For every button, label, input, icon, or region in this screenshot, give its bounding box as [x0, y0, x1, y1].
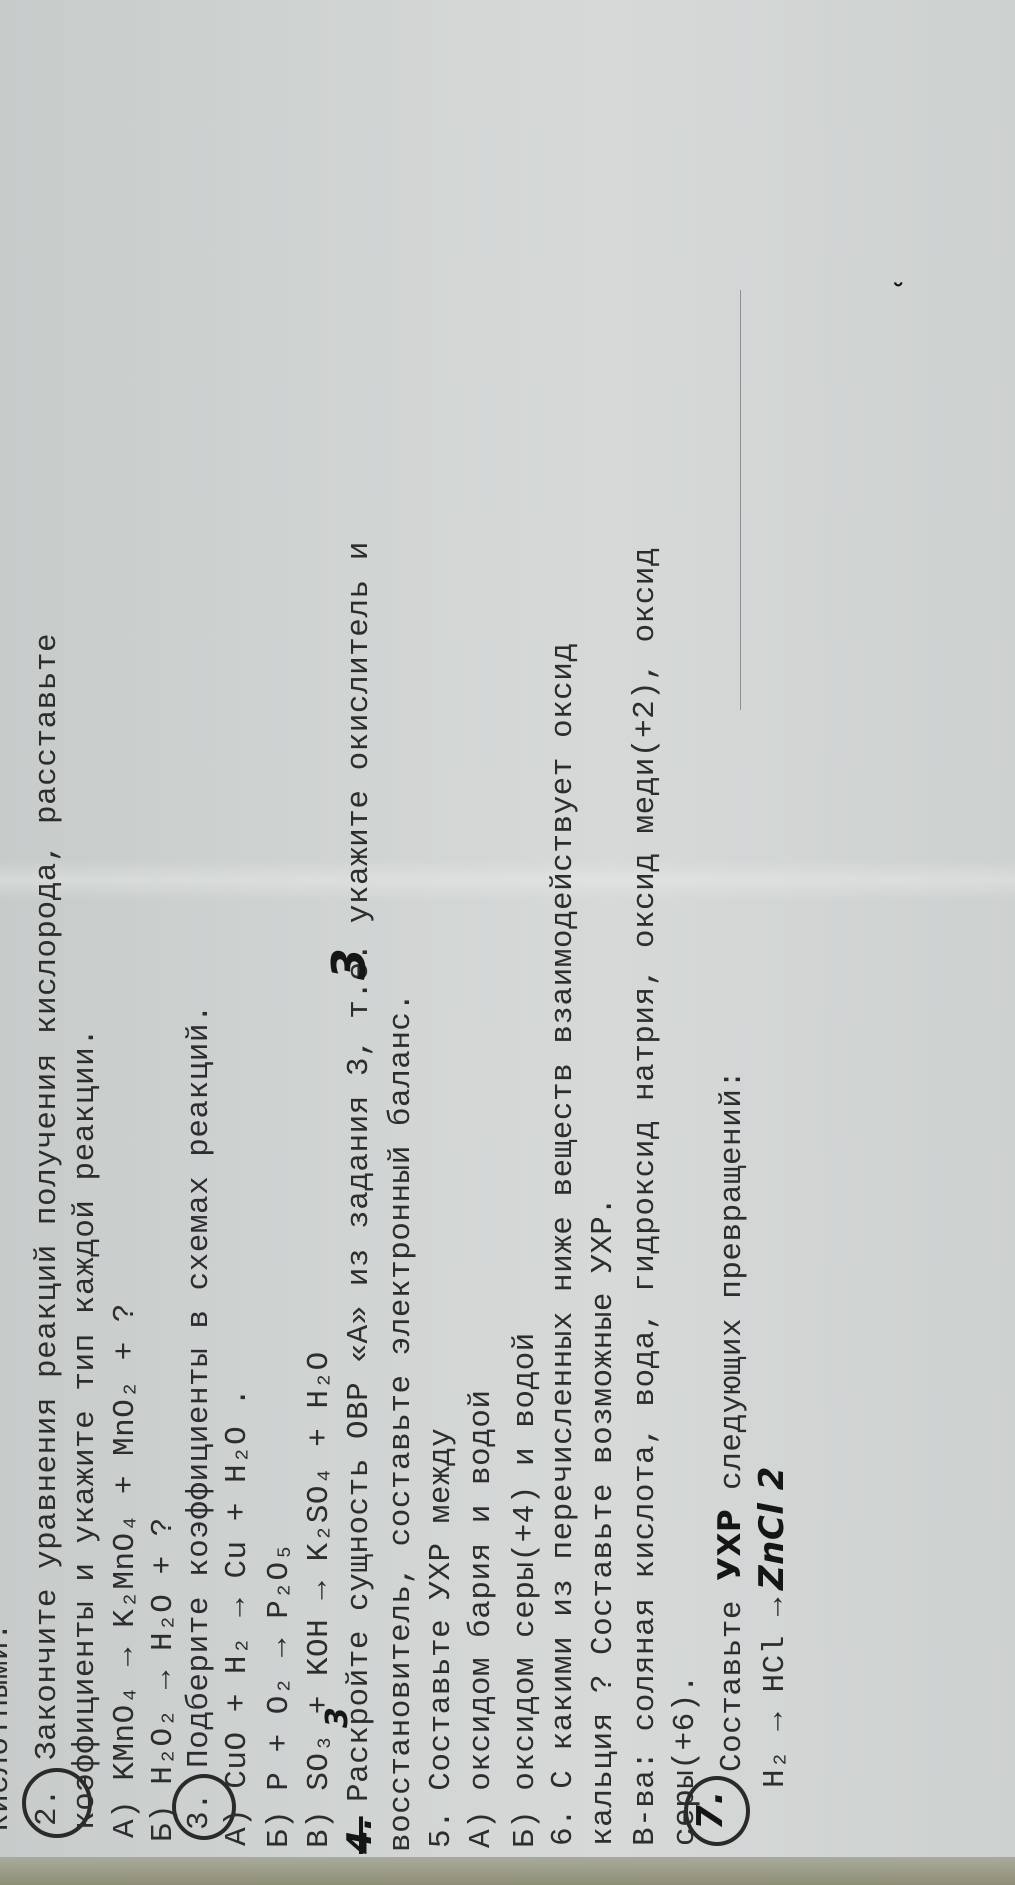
task7-text-pre: Составьте — [715, 1600, 750, 1772]
task4-text-line2: восстановитель, составьте электронный ба… — [384, 992, 419, 1852]
task7-text: Составьте УХР следующих превращений: — [712, 1070, 750, 1772]
handwritten-task-ref-3: 3 — [322, 947, 376, 980]
task5-item-b: Б) оксидом серы(+4) и водой — [508, 1332, 543, 1848]
task7-text-post: следующих превращений: — [715, 1070, 750, 1490]
task2-item-a: А) KMnO₄ → K₂MnO₄ + MnO₂ + ? — [108, 1303, 143, 1838]
task7-text-bold: УХР — [712, 1509, 748, 1581]
worksheet-page: кислотными: 2. Закончите уравнения реакц… — [0, 0, 1015, 1860]
task7-chain: H₂ → HCl → — [758, 1597, 793, 1788]
task3-item-b: Б) P + O₂ → P₂O₅ — [262, 1542, 297, 1848]
task2-text-line2: коэффициенты и укажите тип каждой реакци… — [68, 1028, 103, 1830]
task3-text: Подберите коэффициенты в схемах реакций. — [182, 1004, 217, 1768]
task7-number-crossed: 7. — [690, 1790, 731, 1830]
task6-line1: 6. С какими из перечисленных ниже вещест… — [546, 643, 581, 1847]
task2-text-line1: Закончите уравнения реакций получения ки… — [30, 633, 65, 1760]
handwritten-answer-zncl2: ZnCl 2 — [752, 1466, 792, 1590]
top-fragment: кислотными: — [0, 1622, 17, 1832]
task6-line2: кальция ? Составьте возможные УХР. — [586, 1196, 621, 1846]
task4-number-crossed: 4. — [340, 1816, 380, 1854]
task3-number: 3. — [182, 1792, 217, 1830]
task4-text-line1: Раскройте сущность ОВР «А» из задания 3,… — [342, 541, 377, 1802]
desk-edge — [0, 1857, 1015, 1885]
divider-line — [740, 290, 741, 710]
task3-item-c: В) SO₃ + KOH → K₂SO₄ + H₂O — [302, 1351, 337, 1848]
task3-item-a: А) CuO + H₂ → Cu + H₂O . — [220, 1388, 255, 1846]
pen-mark: ʿ — [890, 279, 925, 291]
task5-text: 5. Составьте УХР между — [424, 1428, 459, 1848]
task6-line3: В-ва: соляная кислота, вода, гидроксид н… — [628, 547, 663, 1846]
task2-number: 2. — [30, 1788, 65, 1826]
task5-item-a: А) оксидом бария и водой — [464, 1390, 499, 1848]
